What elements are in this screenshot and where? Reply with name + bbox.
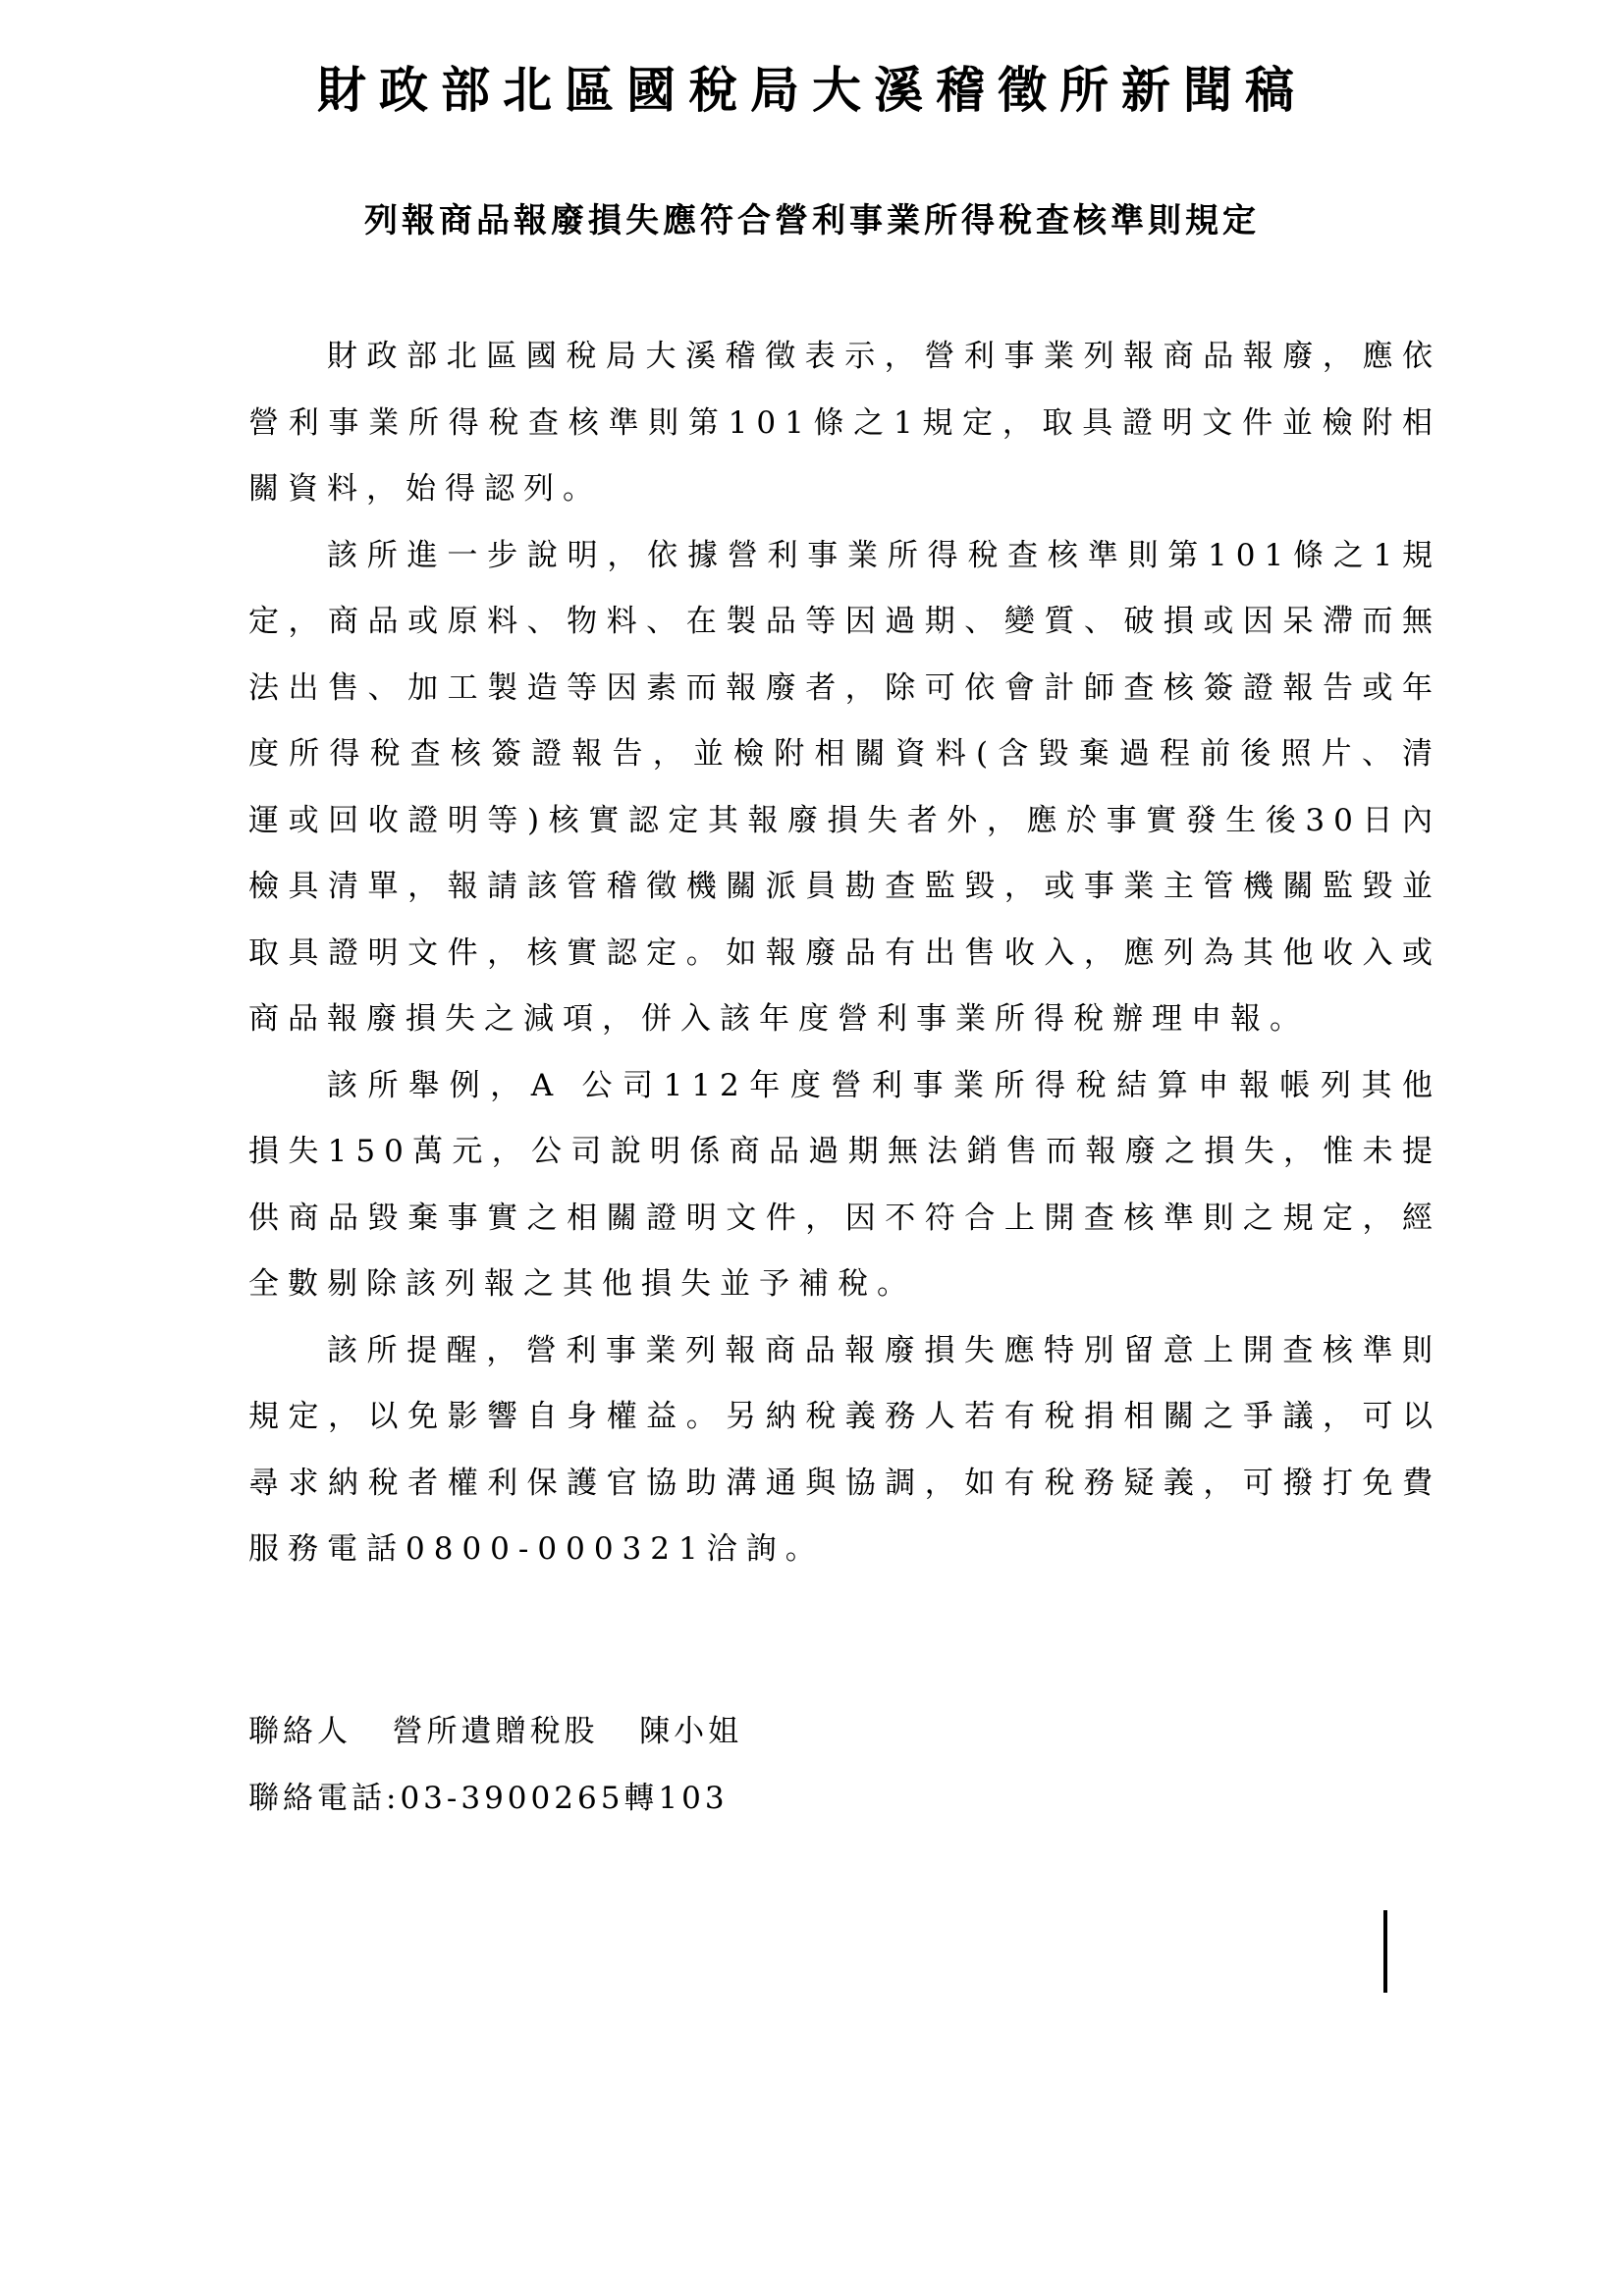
paragraph-4: 該所提醒，營利事業列報商品報廢損失應特別留意上開查核準則規定，以免影響自身權益。…: [248, 1318, 1441, 1583]
vertical-bar-mark: [1383, 1910, 1387, 1993]
paragraph-3: 該所舉例，A 公司112年度營利事業所得稅結算申報帳列其他損失150萬元，公司說…: [248, 1053, 1441, 1318]
paragraph-1: 財政部北區國稅局大溪稽徵表示，營利事業列報商品報廢，應依營利事業所得稅查核準則第…: [248, 324, 1441, 523]
contact-person: 聯絡人 營所遺贈稅股 陳小姐: [248, 1698, 1132, 1765]
contact-phone: 聯絡電話:03-3900265轉103: [248, 1765, 1132, 1832]
contact-block: 聯絡人 營所遺贈稅股 陳小姐 聯絡電話:03-3900265轉103: [248, 1698, 1132, 1832]
press-release-subtitle: 列報商品報廢損失應符合營利事業所得稅查核準則規定: [0, 199, 1624, 242]
press-release-title: 財政部北區國稅局大溪稽徵所新聞稿: [0, 61, 1624, 120]
press-release-body: 財政部北區國稅局大溪稽徵表示，營利事業列報商品報廢，應依營利事業所得稅查核準則第…: [248, 324, 1441, 1583]
document-page: 財政部北區國稅局大溪稽徵所新聞稿 列報商品報廢損失應符合營利事業所得稅查核準則規…: [0, 0, 1624, 2296]
paragraph-2: 該所進一步說明，依據營利事業所得稅查核準則第101條之1規定，商品或原料、物料、…: [248, 523, 1441, 1053]
